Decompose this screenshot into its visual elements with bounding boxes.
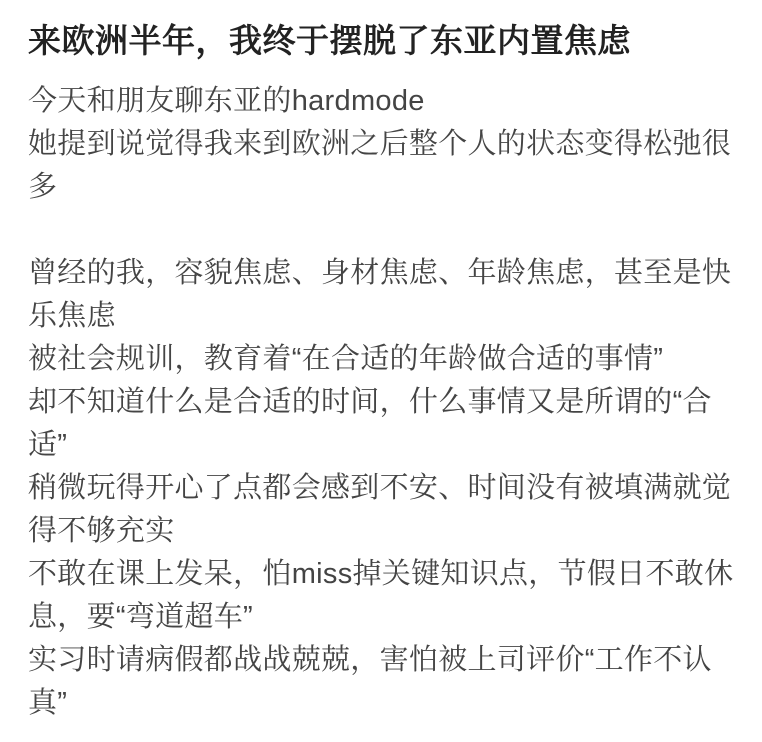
text-line: 今天和朋友聊东亚的hardmode [28, 80, 734, 123]
text-line: 不敢在课上发呆，怕miss掉关键知识点，节假日不敢休息，要“弯道超车” [28, 553, 734, 639]
blank-line [28, 209, 734, 252]
text-line: 稍微玩得开心了点都会感到不安、时间没有被填满就觉得不够充实 [28, 467, 734, 553]
post-container: 来欧洲半年，我终于摆脱了东亚内置焦虑 今天和朋友聊东亚的hardmode她提到说… [0, 0, 762, 742]
post-title: 来欧洲半年，我终于摆脱了东亚内置焦虑 [28, 17, 734, 65]
text-line: 被社会规训，教育着“在合适的年龄做合适的事情” [28, 338, 734, 381]
post-body: 今天和朋友聊东亚的hardmode她提到说觉得我来到欧洲之后整个人的状态变得松弛… [28, 80, 734, 725]
text-line: 她提到说觉得我来到欧洲之后整个人的状态变得松弛很多 [28, 123, 734, 209]
text-line: 却不知道什么是合适的时间，什么事情又是所谓的“合适” [28, 381, 734, 467]
text-line: 实习时请病假都战战兢兢，害怕被上司评价“工作不认真” [28, 639, 734, 725]
text-line: 曾经的我，容貌焦虑、身材焦虑、年龄焦虑，甚至是快乐焦虑 [28, 252, 734, 338]
